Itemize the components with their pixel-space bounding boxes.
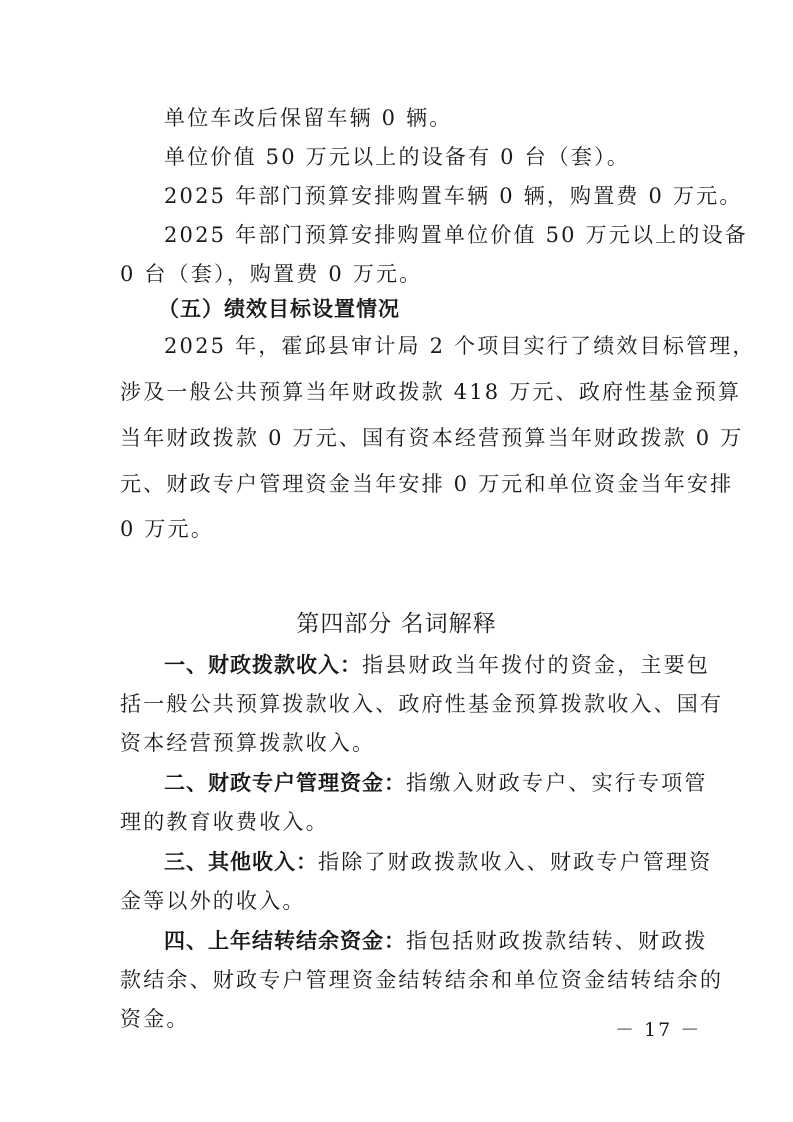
paragraph-line: 资金。: [120, 1000, 680, 1038]
glossary-term: 一、财政拨款收入：: [164, 653, 362, 677]
paragraph-line: 单位车改后保留车辆 0 辆。: [164, 99, 724, 137]
section-heading: （五）绩效目标设置情况: [158, 290, 718, 328]
glossary-term: 三、其他收入：: [164, 850, 318, 874]
document-page: 单位车改后保留车辆 0 辆。 单位价值 50 万元以上的设备有 0 台（套）。 …: [0, 0, 793, 1122]
paragraph-line: 0 台（套），购置费 0 万元。: [120, 255, 680, 293]
paragraph-line: 2025 年部门预算安排购置单位价值 50 万元以上的设备: [164, 216, 724, 254]
paragraph-line: 款结余、财政专户管理资金结转结余和单位资金结转结余的: [120, 961, 680, 999]
paragraph-line: 资本经营预算拨款收入。: [120, 724, 680, 762]
glossary-definition: 指县财政当年拨付的资金，主要包: [362, 653, 710, 677]
glossary-item: 二、财政专户管理资金：指缴入财政专户、实行专项管: [164, 764, 724, 802]
glossary-item: 四、上年结转结余资金：指包括财政拨款结转、财政拨: [164, 922, 724, 960]
glossary-definition: 指除了财政拨款收入、财政专户管理资: [318, 850, 712, 874]
paragraph-line: 2025 年，霍邱县审计局 2 个项目实行了绩效目标管理，: [164, 327, 724, 365]
glossary-item: 一、财政拨款收入：指县财政当年拨付的资金，主要包: [164, 646, 724, 684]
paragraph-line: 金等以外的收入。: [120, 882, 680, 920]
paragraph-line: 涉及一般公共预算当年财政拨款 418 万元、政府性基金预算: [120, 373, 680, 411]
glossary-term: 二、财政专户管理资金：: [164, 771, 406, 795]
paragraph-line: 元、财政专户管理资金当年安排 0 万元和单位资金当年安排: [120, 465, 680, 503]
paragraph-line: 括一般公共预算拨款收入、政府性基金预算拨款收入、国有: [120, 685, 680, 723]
paragraph-line: 当年财政拨款 0 万元、国有资本经营预算当年财政拨款 0 万: [120, 419, 680, 457]
glossary-definition: 指缴入财政专户、实行专项管: [406, 771, 708, 795]
paragraph-line: 理的教育收费收入。: [120, 803, 680, 841]
paragraph-line: 单位价值 50 万元以上的设备有 0 台（套）。: [164, 138, 724, 176]
glossary-definition: 指包括财政拨款结转、财政拨: [406, 929, 708, 953]
glossary-item: 三、其他收入：指除了财政拨款收入、财政专户管理资: [164, 843, 724, 881]
paragraph-line: 0 万元。: [120, 510, 680, 548]
page-number: － 17 －: [615, 1016, 701, 1044]
paragraph-line: 2025 年部门预算安排购置车辆 0 辆，购置费 0 万元。: [164, 177, 724, 215]
glossary-term: 四、上年结转结余资金：: [164, 929, 406, 953]
part-title: 第四部分 名词解释: [0, 604, 793, 644]
